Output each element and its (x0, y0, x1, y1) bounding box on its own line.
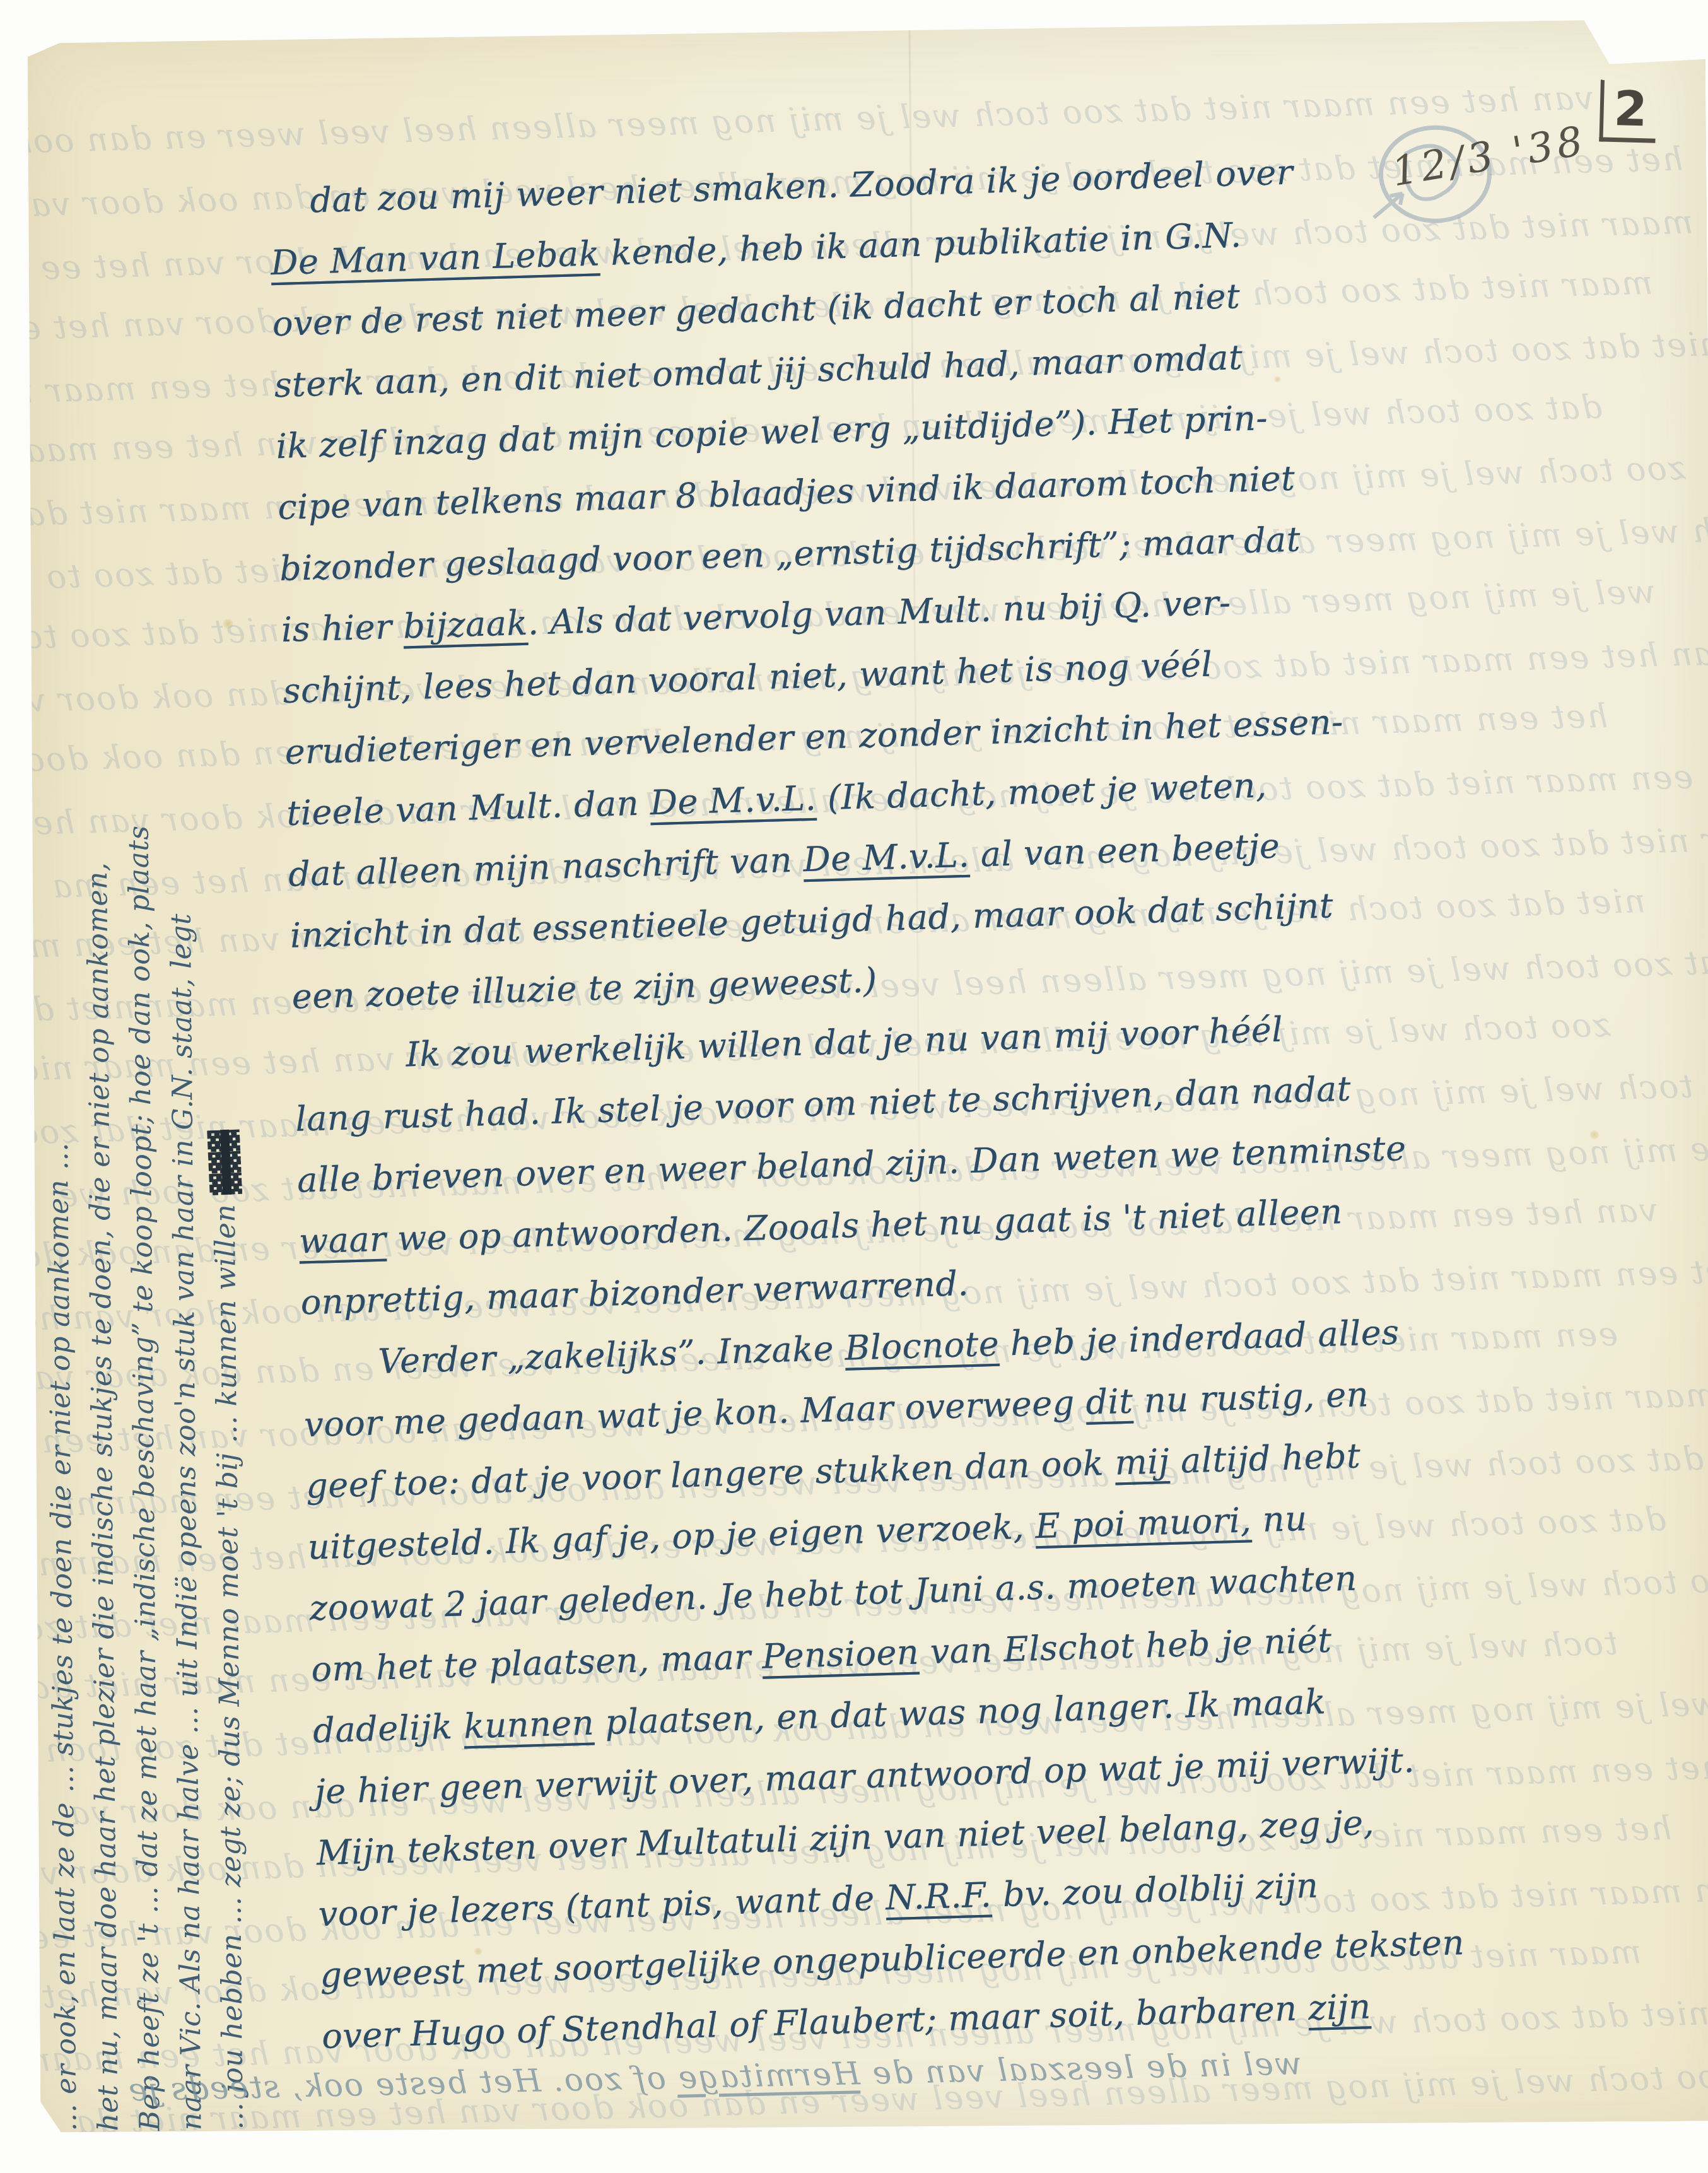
underlined-word: E poi muori, (1035, 1500, 1253, 1546)
underlined-word: kunnen (463, 1702, 595, 1746)
underlined-word: waar (298, 1219, 387, 1262)
underlined-word: bijzaak (402, 603, 528, 647)
underlined-word: De M.v.L. (650, 778, 817, 823)
scan-background: { "page": { "number": "2", "date_pencil"… (0, 0, 1708, 2173)
underlined-word: dit (1085, 1381, 1133, 1422)
letter-body: dat zou mij weer niet smaken. Zoodra ik … (269, 149, 1468, 2078)
letter-sheet: van het een maar niet dat zoo toch wel j… (23, 19, 1708, 2135)
margin-note-lines: … er ook, en laat ze de … stukjes te doe… (33, 161, 272, 2131)
underlined-word: Pensioen (761, 1632, 920, 1677)
underlined-word: Blocnote (845, 1324, 1000, 1368)
page-number: 2 (1599, 79, 1656, 143)
foxing-spot (1590, 1130, 1599, 1139)
underlined-word: mij (1114, 1441, 1170, 1482)
margin-note: … er ook, en laat ze de … stukjes te doe… (33, 161, 272, 2131)
underlined-word: De M.v.L. (803, 835, 970, 880)
underlined-word: zijn (1307, 1986, 1371, 2028)
scribbled-out-word: ▓▓▓ (208, 1125, 243, 1195)
underlined-word: N.R.F. (885, 1875, 992, 1918)
